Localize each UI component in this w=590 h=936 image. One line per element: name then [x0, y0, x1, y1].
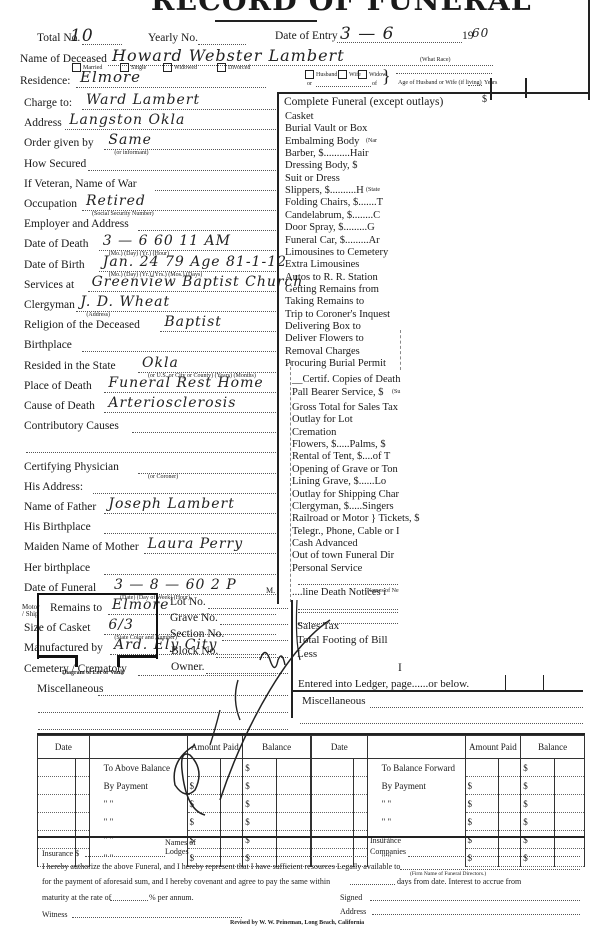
dollar-sign: $	[468, 853, 473, 863]
field-value: Baptist	[164, 314, 222, 330]
lot-no-field[interactable]	[208, 608, 288, 609]
charge-item: Taking Remains to	[285, 296, 364, 307]
ledger-row: By Payment$$	[38, 777, 311, 795]
ledger-bottom-rule	[37, 836, 585, 838]
field-label: How Secured	[24, 158, 86, 170]
charge-item: Autos to R. R. Station	[285, 272, 378, 283]
lot-diagram-box	[37, 593, 158, 659]
ledger-balance-cents-cell[interactable]	[555, 777, 585, 795]
charge-item: Dressing Body, $	[285, 160, 358, 171]
charge-item: Embalming Body	[285, 136, 359, 147]
misc-left-field-3[interactable]	[38, 729, 288, 730]
ledger-balance-cents-cell[interactable]	[277, 795, 311, 813]
total-no-value: 10	[70, 26, 94, 46]
field-value: Arteriosclerosis	[108, 395, 236, 411]
ledger-date-cell-2[interactable]	[75, 777, 89, 795]
ledger-desc-cell: To Balance Forward	[367, 759, 465, 777]
dollar-sign: $	[245, 853, 250, 863]
field-input[interactable]	[104, 533, 276, 534]
field-value: 3 — 6 60 11 AM	[103, 233, 231, 249]
field-label: Date of Funeral	[24, 582, 96, 594]
title-underline	[215, 20, 317, 22]
field-input[interactable]	[26, 452, 276, 453]
charge-item[interactable]	[298, 609, 398, 610]
insurance-companies-bottom: Companies	[370, 847, 406, 856]
ledger-right-amount-header: Amount Paid	[465, 736, 521, 759]
marital-divorced[interactable]: Divorced	[217, 63, 250, 72]
ledger-date-cell[interactable]	[312, 831, 354, 849]
ledger-date-cell[interactable]	[38, 759, 76, 777]
charge-item: Procuring Burial Permit	[285, 358, 386, 369]
year-value: 60	[472, 26, 489, 40]
charge-item: Limousines to Cemetery	[285, 247, 388, 258]
field-value: Okla	[142, 355, 179, 371]
amount-top-rule	[490, 92, 590, 94]
authorize-text: I hereby authorize the above Funeral, an…	[42, 862, 400, 871]
field-value: Jan. 24 79 Age 81-1-12	[103, 254, 287, 270]
field-input[interactable]	[104, 513, 276, 514]
field-input[interactable]	[82, 351, 276, 352]
charge-item: Telegr., Phone, Cable or I	[292, 526, 399, 537]
field-row	[0, 440, 278, 458]
field-value: Laura Perry	[148, 536, 244, 552]
ledger-date-cell-2[interactable]	[353, 813, 367, 831]
dollar-sign: $	[468, 799, 473, 809]
charge-item: __Certif. Copies of Death	[292, 374, 400, 385]
ledger-amount-cents-cell[interactable]	[499, 795, 521, 813]
ledger-amount-cents-cell[interactable]	[499, 813, 521, 831]
charge-item[interactable]	[298, 584, 398, 585]
witness-label: Witness	[42, 910, 67, 919]
signed-field[interactable]	[370, 900, 580, 901]
charge-item: Delivering Box to	[285, 321, 361, 332]
dollar-sign: $	[245, 817, 250, 827]
field-input[interactable]	[93, 493, 276, 494]
ledger-desc-cell: " "	[367, 813, 465, 831]
ledger-amount-cents-cell[interactable]	[221, 795, 243, 813]
payment-text: for the payment of aforesaid sum, and I …	[42, 877, 330, 886]
ledger-amount-cents-cell[interactable]	[221, 777, 243, 795]
ledger-amount-cents-cell[interactable]	[499, 777, 521, 795]
field-row: OccupationRetired(Social Security Number…	[0, 198, 278, 216]
dollar-sign: $	[245, 799, 250, 809]
field-row: Name of FatherJoseph Lambert	[0, 501, 278, 519]
totals-left-border	[291, 600, 293, 718]
charges-col-line	[400, 330, 402, 370]
field-label: Contributory Causes	[24, 420, 119, 432]
field-label: Maiden Name of Mother	[24, 541, 139, 553]
what-race-label: (What Race)	[420, 57, 450, 63]
field-row: Contributory Causes	[0, 420, 278, 438]
field-label: Resided in the State	[24, 360, 116, 372]
spouse-extra-field[interactable]	[396, 73, 492, 74]
ledger-date-cell-2[interactable]	[75, 831, 89, 849]
field-label: His Birthplace	[24, 521, 91, 533]
misc-right-label: Miscellaneous	[302, 695, 366, 707]
field-sublabel: (Address)	[86, 312, 110, 318]
names-of-label: Names of	[165, 838, 196, 847]
ledger-desc-cell: " "	[367, 795, 465, 813]
charge-item: Extra Limousines	[285, 259, 359, 270]
ledger-amount-cell[interactable]: $	[465, 777, 499, 795]
ledger-amount-cell[interactable]: $	[465, 795, 499, 813]
misc-right-field-2[interactable]	[300, 723, 583, 724]
checkbox-husband[interactable]	[305, 70, 314, 79]
ledger-date-cell-2[interactable]	[75, 759, 89, 777]
dollar-sign: $	[190, 853, 195, 863]
ledger-date-cell[interactable]	[312, 795, 354, 813]
charge-item: Candelabrum, $........C	[285, 210, 380, 221]
charge-item: Railroad or Motor } Tickets, $	[292, 513, 420, 524]
totals-blank-1[interactable]	[298, 612, 398, 613]
residence-label: Residence:	[20, 75, 70, 87]
ledger-rule	[293, 690, 583, 692]
ledger-desc-cell: " "	[89, 795, 187, 813]
field-sublabel: (or informant)	[114, 150, 148, 156]
charge-item: Trip to Coroner's Inquest	[285, 309, 390, 320]
residence-value: Elmore	[80, 68, 141, 86]
ledger-amount-cell[interactable]: $	[187, 777, 221, 795]
diagram-label: Diagram of Lot or Vault	[62, 670, 124, 676]
lodges-label: Lodges	[165, 847, 189, 856]
maturity-text: maturity at the rate of	[42, 893, 111, 902]
ledger-amount-cents-cell[interactable]	[221, 813, 243, 831]
signed-label: Signed	[340, 893, 362, 902]
field-input[interactable]	[132, 432, 276, 433]
field-row: Cemetery / Crematory	[0, 663, 278, 681]
total-footing-label: Total Footing of Bill	[297, 634, 388, 646]
misc-left-field[interactable]	[98, 695, 288, 696]
ledger-date-cell-2[interactable]	[353, 759, 367, 777]
field-row: Religion of the DeceasedBaptist	[0, 319, 278, 337]
ledger-balance-cell[interactable]: $	[521, 813, 555, 831]
field-label: Address	[24, 117, 62, 129]
field-value: J. D. Wheat	[80, 294, 170, 310]
ledger-amount-cents-cell[interactable]	[221, 759, 243, 777]
dollar-sign: $	[190, 799, 195, 809]
dollar-sign: $	[245, 763, 250, 773]
field-row: Birthplace	[0, 339, 278, 357]
ledger-balance-cell[interactable]: $	[243, 759, 277, 777]
field-label: Charge to:	[24, 97, 72, 109]
ledger-row: " "$$	[312, 831, 585, 849]
field-value: Ward Lambert	[86, 92, 200, 108]
ledger-amount-cell[interactable]: $	[187, 795, 221, 813]
checkbox-wife[interactable]	[338, 70, 347, 79]
names-of-note: (Names of Ne	[365, 588, 399, 594]
of-label: of	[372, 81, 377, 87]
field-value: Same	[108, 132, 152, 148]
charge-item: Folding Chairs, $.......T	[285, 197, 383, 208]
field-label: Cause of Death	[24, 400, 95, 412]
ledger-balance-cents-cell[interactable]	[277, 759, 311, 777]
amount-col-line-1	[490, 78, 492, 100]
field-label: Birthplace	[24, 339, 72, 351]
firm-name-field[interactable]	[400, 869, 580, 870]
dollar-sign: $	[523, 799, 528, 809]
charge-item: Outlay for Shipping Char	[292, 489, 399, 500]
sales-tax-label: Sales Tax	[297, 620, 339, 632]
ledger-col-1	[505, 675, 506, 690]
field-value: Joseph Lambert	[108, 496, 234, 512]
ledger-balance-cents-cell[interactable]	[277, 813, 311, 831]
ledger-row: " "$$	[312, 813, 585, 831]
field-value: 3 — 8 — 60 2 P	[114, 577, 237, 593]
dollar-sign: $	[523, 817, 528, 827]
dollar-sign: $	[523, 853, 528, 863]
charges-top-border	[277, 92, 491, 94]
ledger-date-cell[interactable]	[38, 813, 76, 831]
ledger-desc-cell: By Payment	[89, 777, 187, 795]
ledger-balance-cell[interactable]: $	[521, 795, 555, 813]
ledger-date-cell[interactable]	[312, 813, 354, 831]
lot-no-label: Lot No.	[170, 596, 206, 608]
charge-item: Removal Charges	[285, 346, 360, 357]
ledger-amount-cell[interactable]	[465, 759, 499, 777]
ledger-amount-cell[interactable]: $	[465, 849, 499, 867]
ledger-date-cell[interactable]	[38, 795, 76, 813]
charge-item: Lining Grave, $......Lo	[292, 476, 386, 487]
ledger-balance-cell[interactable]: $	[521, 759, 555, 777]
witness-field[interactable]	[72, 917, 242, 918]
yearly-no-field[interactable]	[198, 44, 246, 45]
ledger-amount-cents-cell[interactable]	[221, 831, 243, 849]
field-label: Religion of the Deceased	[24, 319, 140, 331]
block-no-label: Block No.	[171, 645, 218, 657]
field-row: Cause of DeathArteriosclerosis	[0, 400, 278, 418]
field-row: Order given bySame(or informant)	[0, 137, 278, 155]
ledger-amount-cell[interactable]: $	[465, 831, 499, 849]
ledger-amount-cell[interactable]	[187, 759, 221, 777]
diagram-edge	[75, 655, 78, 667]
field-label: Place of Death	[24, 380, 92, 392]
field-input[interactable]	[160, 331, 276, 332]
ledger-amount-cell[interactable]: $	[187, 813, 221, 831]
charge-item: Clergyman, $.....Singers	[292, 501, 394, 512]
ledger-right-date-header: Date	[312, 736, 368, 759]
ledger-left-amount-header: Amount Paid	[187, 736, 243, 759]
field-label: Occupation	[24, 198, 77, 210]
field-value: Langston Okla	[69, 112, 185, 128]
ledger-row: " "$$	[38, 795, 311, 813]
charge-item: Burial Vault or Box	[285, 123, 367, 134]
ledger-balance-cell[interactable]: $	[521, 849, 555, 867]
charge-item: Pall Bearer Service, $	[292, 387, 384, 398]
ledger-balance-cents-cell[interactable]	[555, 759, 585, 777]
ledger-balance-cents-cell[interactable]	[555, 813, 585, 831]
field-label: Employer and Address	[24, 218, 129, 230]
rate-field[interactable]	[110, 900, 148, 901]
insurance-label: Insurance $	[42, 849, 79, 858]
spouse-name-field[interactable]	[316, 86, 371, 87]
entered-ledger-label: Entered into Ledger, page......or below.	[298, 678, 469, 690]
residence-field[interactable]	[76, 87, 266, 88]
percent-text: % per annum.	[149, 893, 194, 902]
dollar-sign: $	[190, 817, 195, 827]
or-label: or	[307, 81, 312, 87]
amount-col-line-2	[525, 78, 527, 98]
grave-no-label: Grave No.	[170, 612, 218, 624]
checkbox-widow[interactable]	[358, 70, 367, 79]
charge-item: Suit or Dress	[285, 173, 340, 184]
field-row: ClergymanJ. D. Wheat(Address)	[0, 299, 278, 317]
charge-item: Flowers, $.....Palms, $	[292, 439, 386, 450]
marital-widowed[interactable]: Widowed	[163, 63, 197, 72]
address-label: Address	[340, 907, 366, 916]
field-row: Maiden Name of MotherLaura Perry	[0, 541, 278, 559]
misc-right-field[interactable]	[370, 707, 583, 708]
ledger-amount-cents-cell[interactable]	[499, 831, 521, 849]
ledger-row: By Payment$$	[312, 777, 585, 795]
field-label: Her birthplace	[24, 562, 90, 574]
field-input[interactable]	[138, 675, 276, 676]
field-row: How Secured	[0, 158, 278, 176]
charge-item: Outlay for Lot	[292, 414, 353, 425]
field-input[interactable]	[104, 412, 276, 413]
page-title: RECORD OF FUNERAL	[151, 0, 532, 17]
ledger-date-cell[interactable]	[312, 759, 354, 777]
checkbox-widowed[interactable]	[163, 63, 172, 72]
ledger-date-cell[interactable]	[312, 777, 354, 795]
ledger-balance-cell[interactable]: $	[243, 813, 277, 831]
field-label: If Veteran, Name of War	[24, 178, 137, 190]
field-input[interactable]	[144, 553, 276, 554]
block-no-field[interactable]	[216, 657, 288, 658]
dollar-sign: $	[523, 781, 528, 791]
currency-sign: $	[482, 94, 487, 105]
field-value: Greenview Baptist Church	[92, 274, 304, 290]
dollar-sign: $	[468, 781, 473, 791]
charge-item: Out of town Funeral Dir	[292, 550, 394, 561]
charge-item: Deliver Flowers to	[285, 333, 364, 344]
field-label: Services at	[24, 279, 74, 291]
field-label: Name of Father	[24, 501, 96, 513]
section-no-field[interactable]	[222, 640, 288, 641]
misc-left-field-2[interactable]	[38, 712, 288, 713]
field-label: Date of Birth	[24, 259, 85, 271]
ledger-balance-cents-cell[interactable]	[277, 831, 311, 849]
checkbox-divorced[interactable]	[217, 63, 226, 72]
yearly-no-label: Yearly No.	[148, 32, 198, 44]
ledger-right-table: Date Amount Paid Balance To Balance Forw…	[311, 735, 585, 867]
grave-no-field[interactable]	[220, 624, 288, 625]
charge-item: Barber, $..........Hair	[285, 148, 369, 159]
age-spouse-field[interactable]	[468, 85, 482, 86]
charge-item: Cash Advanced	[292, 538, 358, 549]
field-input[interactable]	[88, 170, 276, 171]
charge-item: Funeral Car, $.........Ar	[285, 235, 380, 246]
field-input[interactable]	[155, 190, 276, 191]
field-input[interactable]	[138, 230, 276, 231]
misc-left-label: Miscellaneous	[37, 683, 103, 695]
ledger-balance-cell[interactable]: $	[243, 831, 277, 849]
charges-left-border	[277, 92, 279, 604]
ledger-date-cell[interactable]	[38, 831, 76, 849]
field-label: Order given by	[24, 137, 94, 149]
field-row: Certifying Physician(or Coroner)	[0, 461, 278, 479]
ledger-balance-cents-cell[interactable]	[555, 831, 585, 849]
field-input[interactable]	[104, 392, 276, 393]
field-input[interactable]	[88, 291, 276, 292]
field-sublabel: (Social Security Number)	[92, 211, 154, 217]
ledger-date-cell-2[interactable]	[353, 831, 367, 849]
address-field[interactable]	[372, 914, 580, 915]
charge-item: Door Spray, $.........G	[285, 222, 375, 233]
ledger-amount-cents-cell[interactable]	[499, 849, 521, 867]
ledger-date-cell-2[interactable]	[75, 795, 89, 813]
suit-sub-note: (State	[366, 187, 380, 193]
ledger-date-cell-2[interactable]	[353, 795, 367, 813]
field-label: Date of Death	[24, 238, 89, 250]
ledger-balance-cents-cell[interactable]	[555, 795, 585, 813]
insurance-field[interactable]	[85, 856, 165, 857]
field-label: His Address:	[24, 481, 83, 493]
owner-field[interactable]	[206, 673, 288, 674]
ledger-date-cell[interactable]	[38, 777, 76, 795]
ledger-amount-cell[interactable]: $	[465, 813, 499, 831]
ledger-amount-cents-cell[interactable]	[499, 759, 521, 777]
insurance-companies-field[interactable]	[408, 856, 580, 857]
dollar-sign: $	[245, 781, 250, 791]
ledger-balance-cents-cell[interactable]	[277, 777, 311, 795]
charge-item: Casket	[285, 111, 314, 122]
ledger-balance-cell[interactable]: $	[521, 831, 555, 849]
spouse-husband[interactable]: Husband	[305, 70, 337, 79]
complete-funeral-label: Complete Funeral (except outlays)	[284, 96, 443, 108]
diagram-edge	[37, 655, 77, 658]
charge-item: Personal Service	[292, 563, 362, 574]
dollar-sign: $	[468, 817, 473, 827]
permit-sub-note: (Su	[392, 389, 400, 395]
lodges-field[interactable]	[190, 856, 368, 857]
ledger-balance-cell[interactable]: $	[243, 777, 277, 795]
ledger-balance-cell[interactable]: $	[521, 777, 555, 795]
field-label: Certifying Physician	[24, 461, 119, 473]
charge-item: Cremation	[292, 427, 336, 438]
field-value: Funeral Rest Home	[108, 375, 263, 391]
balance-letter: I	[398, 662, 402, 674]
days-field[interactable]	[350, 884, 395, 885]
ledger-date-cell-2[interactable]	[353, 777, 367, 795]
charge-item: Gross Total for Sales Tax	[292, 402, 398, 413]
field-label: Clergyman	[24, 299, 75, 311]
ledger-date-cell-2[interactable]	[75, 813, 89, 831]
ledger-left-desc-header	[89, 736, 187, 759]
charge-item: Rental of Tent, $....of T	[292, 451, 390, 462]
field-input[interactable]	[82, 109, 276, 110]
field-input[interactable]	[104, 574, 276, 575]
dollar-sign: $	[190, 781, 195, 791]
dollar-sign: $	[523, 763, 528, 773]
ledger-row: " "$$	[38, 813, 311, 831]
field-input[interactable]	[65, 129, 276, 130]
ledger-desc-cell: By Payment	[367, 777, 465, 795]
diagram-edge	[117, 655, 157, 658]
revised-text: Revised by W. W. Peineman, Long Beach, C…	[230, 920, 364, 926]
ledger-balance-cell[interactable]: $	[243, 795, 277, 813]
ledger-right-balance-header: Balance	[521, 736, 585, 759]
ledger-left-date-header: Date	[38, 736, 90, 759]
days-text: days from date. Interest to accrue from	[397, 877, 521, 886]
less-label: Less	[297, 648, 317, 660]
charge-item: Opening of Grave or Ton	[292, 464, 398, 475]
insurance-companies-top: Insurance	[370, 836, 401, 845]
ledger-desc-cell: " "	[89, 813, 187, 831]
ledger-balance-cents-cell[interactable]	[555, 849, 585, 867]
owner-label: Owner.	[171, 661, 205, 673]
charge-item: Getting Remains from	[285, 284, 379, 295]
embalming-sub-note: (Nar	[366, 138, 377, 144]
